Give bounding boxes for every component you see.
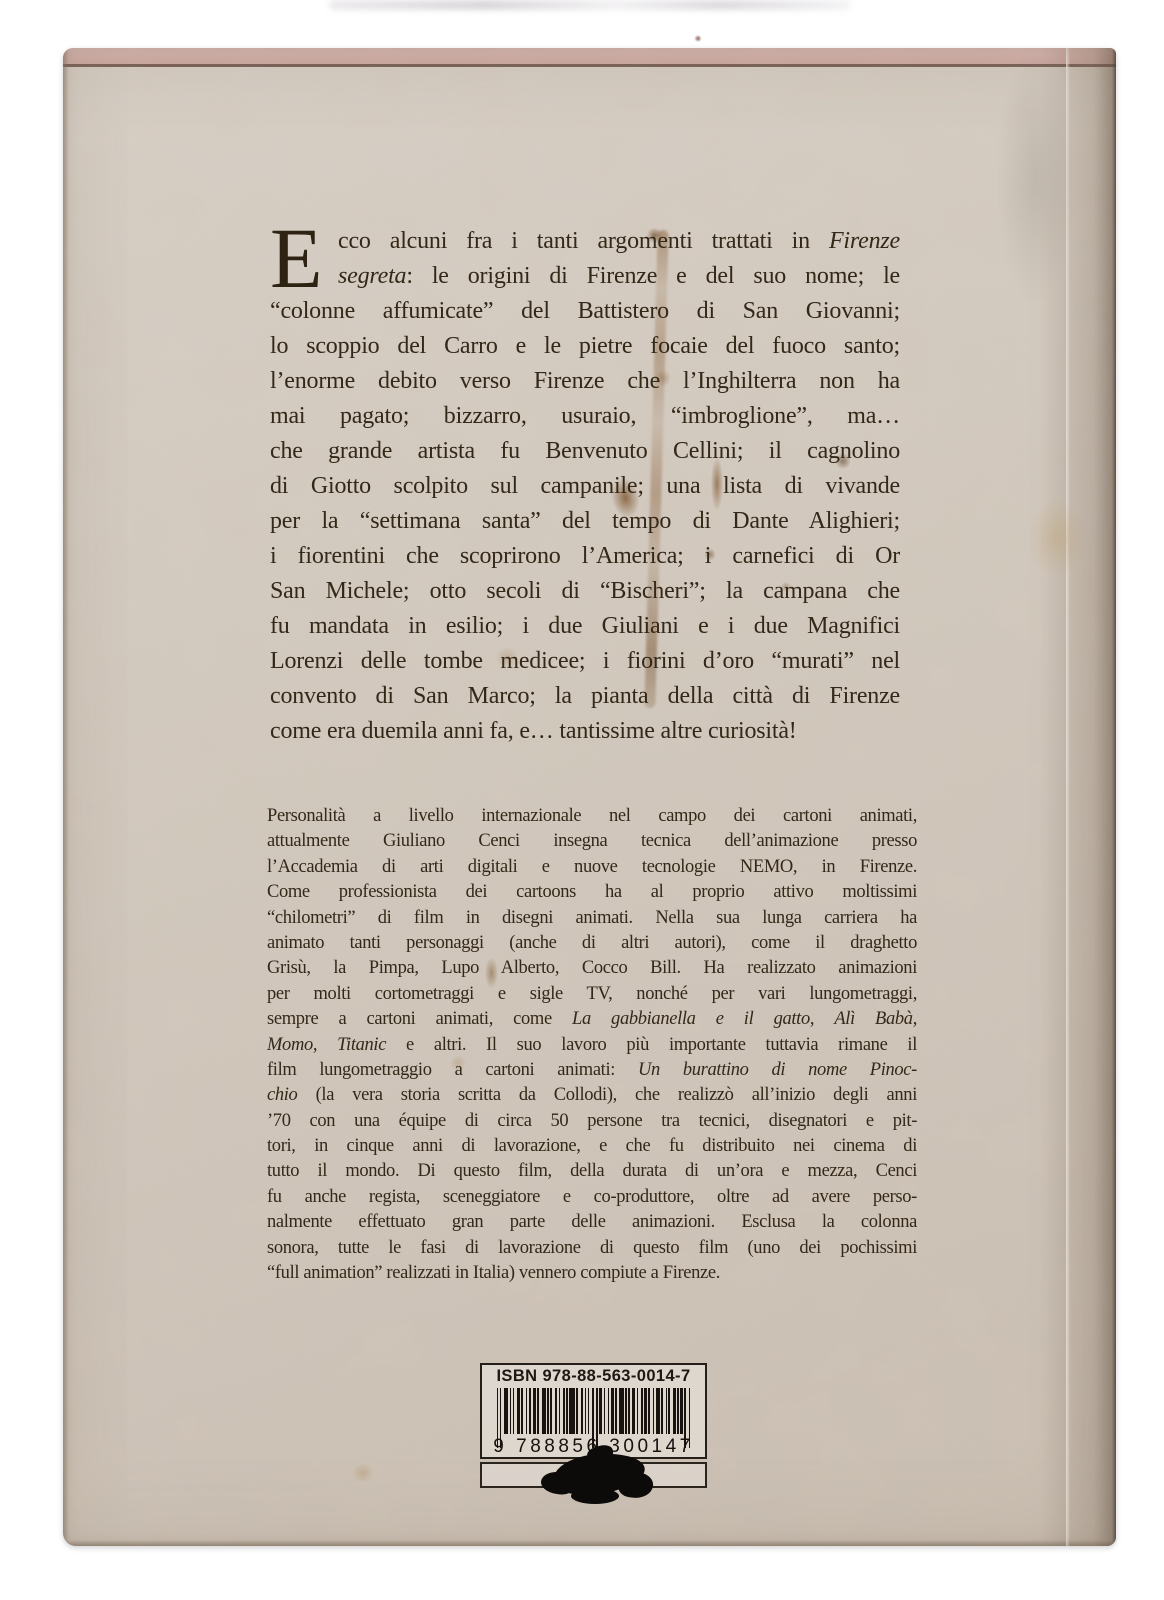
- book-spine-fold: [1066, 48, 1116, 1546]
- text-line: Come professionista dei cartoons ha al p…: [267, 880, 917, 905]
- text-line: tori, in cinque anni di lavorazione, e c…: [267, 1134, 917, 1159]
- text-line: nalmente effettuato gran parte delle ani…: [267, 1210, 917, 1235]
- text-line: lo scoppio del Carro e le pietre focaie …: [270, 329, 900, 364]
- text-line: convento di San Marco; la pianta della c…: [270, 679, 900, 714]
- stain-blot: [351, 1464, 375, 1482]
- drop-cap: E: [270, 226, 328, 294]
- text-line: sonora, tutte le fasi di lavorazione di …: [267, 1236, 917, 1261]
- book-top-page-edge: [63, 48, 1116, 67]
- text-line: mai pagato; bizzarro, usuraio, “imbrogli…: [270, 399, 900, 434]
- text-line: animato tanti personaggi (anche di altri…: [267, 931, 917, 956]
- book-bottom-edge: [63, 1540, 1116, 1546]
- text-line: tutto il mondo. Di questo film, della du…: [267, 1159, 917, 1184]
- text-line: Momo, Titanic e altri. Il suo lavoro più…: [267, 1033, 917, 1058]
- text-line: chio (la vera storia scritta da Collodi)…: [267, 1083, 917, 1108]
- book-left-edge: [63, 48, 69, 1546]
- text-line: film lungometraggio a cartoni animati: U…: [267, 1058, 917, 1083]
- text-line: di Giotto scolpito sul campanile; una li…: [270, 469, 900, 504]
- text-line: sempre a cartoni animati, come La gabbia…: [267, 1007, 917, 1032]
- text-line: “chilometri” di film in disegni animati.…: [267, 906, 917, 931]
- barcode-bars: [482, 1388, 705, 1434]
- isbn-number: ISBN 978-88-563-0014-7: [482, 1367, 705, 1386]
- text-line: San Michele; otto secoli di “Bischeri”; …: [270, 574, 900, 609]
- text-line: ’70 con una équipe di circa 50 persone t…: [267, 1109, 917, 1134]
- text-line: che grande artista fu Benvenuto Cellini;…: [270, 434, 900, 469]
- text-line: segreta: le origini di Firenze e del suo…: [270, 259, 900, 294]
- isbn-barcode: ISBN 978-88-563-0014-7 9 788856 300147: [480, 1363, 707, 1459]
- marker-blob: [541, 1446, 661, 1508]
- spine-crease-shadow: [1040, 48, 1066, 1546]
- text-line: “colonne affumicate” del Battistero di S…: [270, 294, 900, 329]
- text-line: l’enorme debito verso Firenze che l’Ingh…: [270, 364, 900, 399]
- text-line: come era duemila anni fa, e… tantissime …: [270, 714, 900, 749]
- text-line: Personalità a livello internazionale nel…: [267, 804, 917, 829]
- text-line: “full animation” realizzati in Italia) v…: [267, 1261, 917, 1286]
- text-line: per molti cortometraggi e sigle TV, nonc…: [267, 982, 917, 1007]
- text-line: Lorenzi delle tombe medicee; i fiorini d…: [270, 644, 900, 679]
- text-line: fu anche regista, sceneggiatore e co-pro…: [267, 1185, 917, 1210]
- dust-speck: [694, 35, 702, 42]
- text-line: per la “settimana santa” del tempo di Da…: [270, 504, 900, 539]
- author-bio-paragraph: Personalità a livello internazionale nel…: [267, 804, 917, 1286]
- text-line: cco alcuni fra i tanti argomenti trattat…: [270, 224, 900, 259]
- text-line: Grisù, la Pimpa, Lupo Alberto, Cocco Bil…: [267, 956, 917, 981]
- text-line: l’Accademia di arti digitali e nuove tec…: [267, 855, 917, 880]
- cropped-watermark-smudge: [330, 0, 850, 10]
- book-back-cover: E cco alcuni fra i tanti argomenti tratt…: [63, 48, 1116, 1546]
- text-line: attualmente Giuliano Cenci insegna tecni…: [267, 829, 917, 854]
- text-line: fu mandata in esilio; i due Giuliani e i…: [270, 609, 900, 644]
- text-line: i fiorentini che scoprirono l’America; i…: [270, 539, 900, 574]
- synopsis-paragraph: E cco alcuni fra i tanti argomenti tratt…: [270, 224, 900, 749]
